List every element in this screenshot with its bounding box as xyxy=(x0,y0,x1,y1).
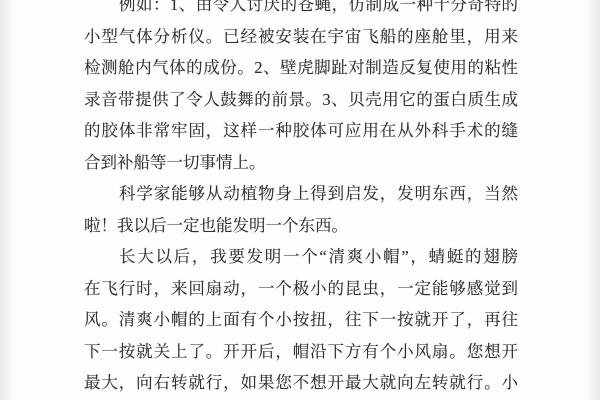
text-line: 下一按就关上了。开开后，帽沿下方有个小风扇。您想开 xyxy=(84,336,518,368)
text-line: 小型气体分析仪。已经被安装在宇宙飞船的座舱里，用来 xyxy=(84,21,518,53)
text-line: 检测舱内气体的成份。2、壁虎脚趾对制造反复使用的粘性 xyxy=(84,52,518,84)
document-text: 例如：1、由令人讨厌的苍蝇，仿制成一种十分奇特的 小型气体分析仪。已经被安装在宇… xyxy=(84,0,518,399)
text-line: 合到补船等一切事情上。 xyxy=(84,147,518,179)
text-line: 啦！我以后一定也能发明一个东西。 xyxy=(84,210,518,242)
text-line: 录音带提供了令人鼓舞的前景。3、贝壳用它的蛋白质生成 xyxy=(84,84,518,116)
text-line: 例如：1、由令人讨厌的苍蝇，仿制成一种十分奇特的 xyxy=(84,0,518,21)
text-line: 在飞行时，来回扇动，一个极小的昆虫，一定能够感觉到 xyxy=(84,273,518,305)
text-line: 的胶体非常牢固，这样一种胶体可应用在从外科手术的缝 xyxy=(84,115,518,147)
document-page: 例如：1、由令人讨厌的苍蝇，仿制成一种十分奇特的 小型气体分析仪。已经被安装在宇… xyxy=(0,0,600,400)
text-line: 风。清爽小帽的上面有个小按扭，往下一按就开了，再往 xyxy=(84,304,518,336)
text-line: 长大以后，我要发明一个“清爽小帽”，蜻蜓的翅膀 xyxy=(84,241,518,273)
text-line: 科学家能够从动植物身上得到启发，发明东西，当然 xyxy=(84,178,518,210)
text-line: 最大，向右转就行，如果您不想开最大就向左转就行。小 xyxy=(84,367,518,399)
